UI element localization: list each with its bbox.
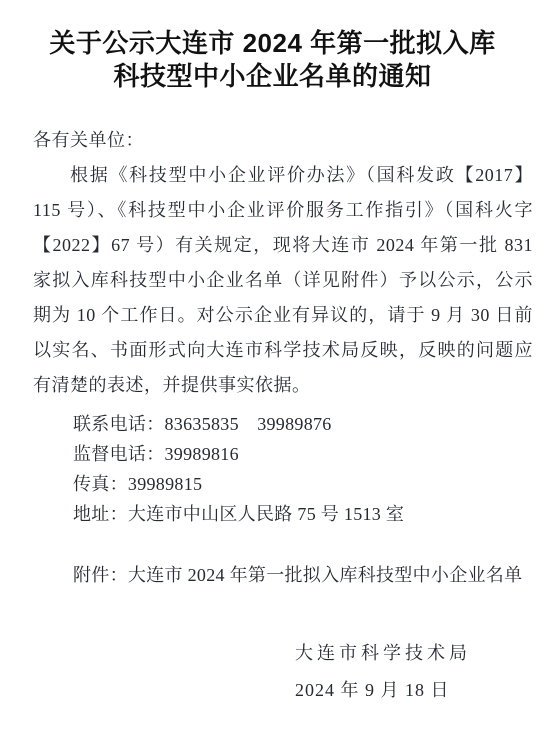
document-page: 关于公示大连市 2024 年第一批拟入库 科技型中小企业名单的通知 各有关单位：…: [0, 0, 545, 732]
paragraph-line: 以实名、书面形式向大连市科学技术局反映，反映的问题应: [33, 333, 533, 368]
paragraph-line: 家拟入库科技型中小企业名单（详见附件）予以公示，公示: [33, 263, 533, 298]
paragraph-line: 【2022】67 号）有关规定，现将大连市 2024 年第一批 831: [33, 228, 533, 263]
paragraph-line: 有清楚的表述，并提供事实依据。: [33, 368, 533, 403]
signature-block: 大连市科学技术局 2024 年 9 月 18 日: [295, 635, 533, 709]
paragraph-line: 115 号）、《科技型中小企业评价服务工作指引》（国科火字: [33, 193, 533, 228]
title-line-2: 科技型中小企业名单的通知: [0, 60, 545, 93]
document-title: 关于公示大连市 2024 年第一批拟入库 科技型中小企业名单的通知: [0, 27, 545, 93]
attachment-line: 附件：大连市 2024 年第一批拟入库科技型中小企业名单: [73, 560, 533, 590]
salutation: 各有关单位：: [33, 123, 533, 158]
paragraph-line: 根据《科技型中小企业评价办法》（国科发政【2017】: [33, 158, 533, 193]
contact-phone-line: 联系电话：83635835 39989876: [73, 409, 533, 439]
issuing-organization: 大连市科学技术局: [295, 635, 533, 672]
address-line: 地址：大连市中山区人民路 75 号 1513 室: [73, 499, 533, 529]
issue-date: 2024 年 9 月 18 日: [295, 672, 533, 709]
body-paragraph: 根据《科技型中小企业评价办法》（国科发政【2017】 115 号）、《科技型中小…: [33, 158, 533, 403]
fax-line: 传真：39989815: [73, 469, 533, 499]
title-line-1: 关于公示大连市 2024 年第一批拟入库: [0, 27, 545, 60]
supervision-phone-line: 监督电话：39989816: [73, 439, 533, 469]
paragraph-line: 期为 10 个工作日。对公示企业有异议的，请于 9 月 30 日前: [33, 298, 533, 333]
contact-block: 联系电话：83635835 39989876 监督电话：39989816 传真：…: [73, 409, 533, 529]
